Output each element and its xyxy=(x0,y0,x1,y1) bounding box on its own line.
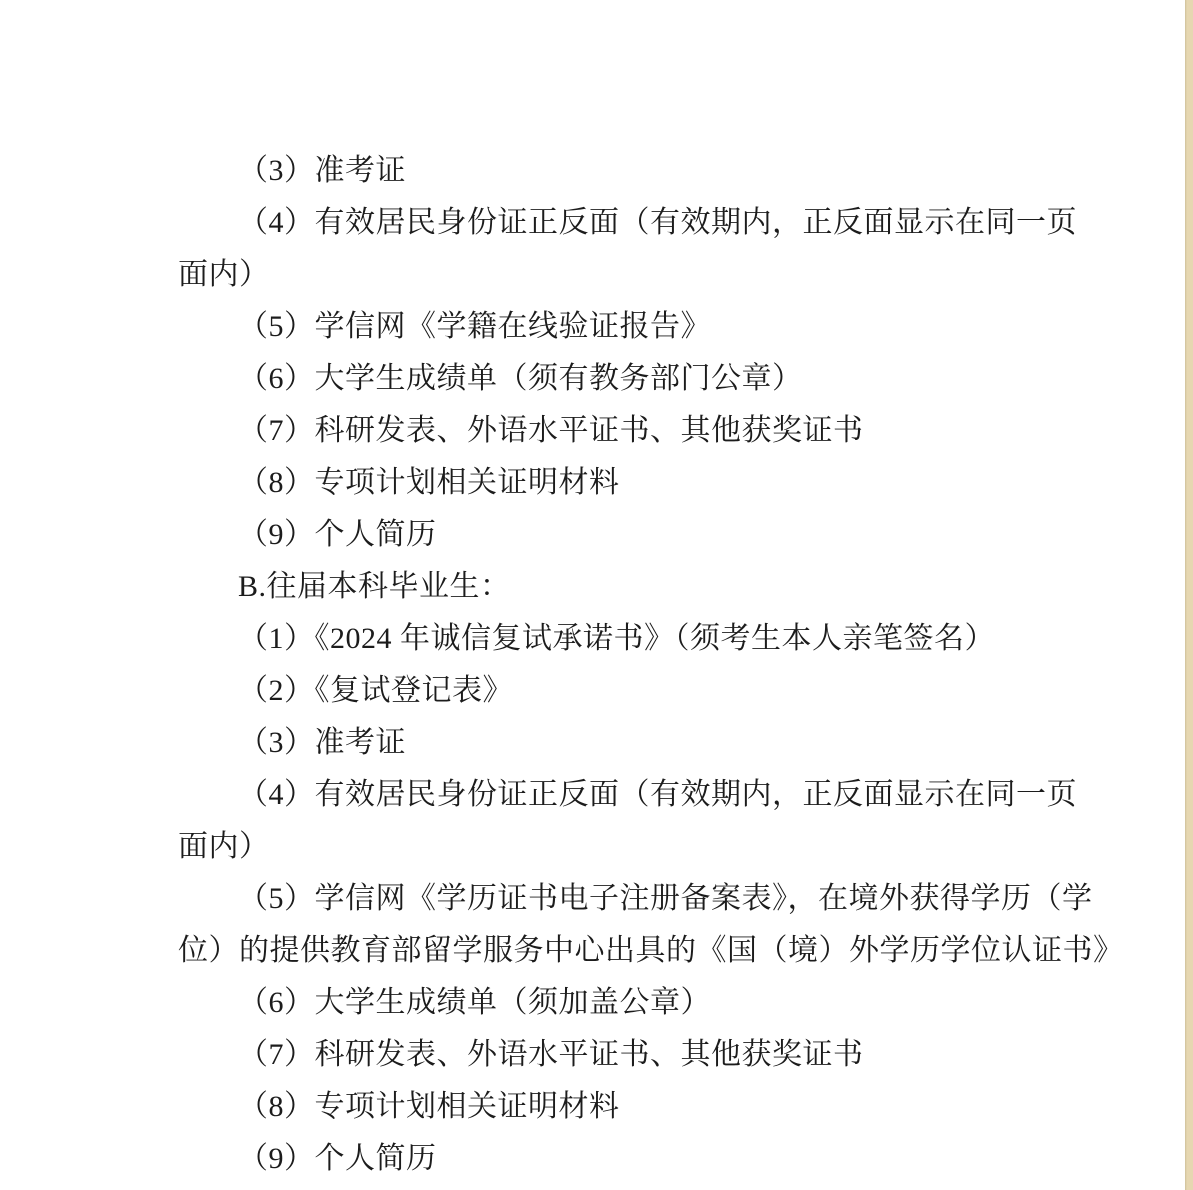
document-page: （3）准考证（4）有效居民身份证正反面（有效期内，正反面显示在同一页面内）（5）… xyxy=(0,0,1193,1190)
document-line: （7）科研发表、外语水平证书、其他获奖证书 xyxy=(178,405,1014,457)
document-body: （3）准考证（4）有效居民身份证正反面（有效期内，正反面显示在同一页面内）（5）… xyxy=(178,145,1014,1185)
document-line: （9）个人简历 xyxy=(178,509,1014,561)
document-line: （4）有效居民身份证正反面（有效期内，正反面显示在同一页 xyxy=(178,197,1014,249)
document-line: （7）科研发表、外语水平证书、其他获奖证书 xyxy=(178,1029,1014,1081)
document-line: B.往届本科毕业生： xyxy=(178,561,1014,613)
document-line: （3）准考证 xyxy=(178,145,1014,197)
document-line: （3）准考证 xyxy=(178,717,1014,769)
document-line: （9）个人简历 xyxy=(178,1133,1014,1185)
document-line: （4）有效居民身份证正反面（有效期内，正反面显示在同一页 xyxy=(178,769,1014,821)
document-line: （2）《复试登记表》 xyxy=(178,665,1014,717)
document-line: （8）专项计划相关证明材料 xyxy=(178,457,1014,509)
document-line: 位）的提供教育部留学服务中心出具的《国（境）外学历学位认证书》 xyxy=(178,925,1014,977)
document-line: （1）《2024 年诚信复试承诺书》（须考生本人亲笔签名） xyxy=(178,613,1014,665)
document-line: 面内） xyxy=(178,821,1014,873)
document-line: （6）大学生成绩单（须加盖公章） xyxy=(178,977,1014,1029)
page-edge-strip xyxy=(1185,0,1193,1190)
document-line: （5）学信网《学历证书电子注册备案表》，在境外获得学历（学 xyxy=(178,873,1014,925)
document-line: （5）学信网《学籍在线验证报告》 xyxy=(178,301,1014,353)
document-line: （8）专项计划相关证明材料 xyxy=(178,1081,1014,1133)
document-line: （6）大学生成绩单（须有教务部门公章） xyxy=(178,353,1014,405)
document-line: 面内） xyxy=(178,249,1014,301)
